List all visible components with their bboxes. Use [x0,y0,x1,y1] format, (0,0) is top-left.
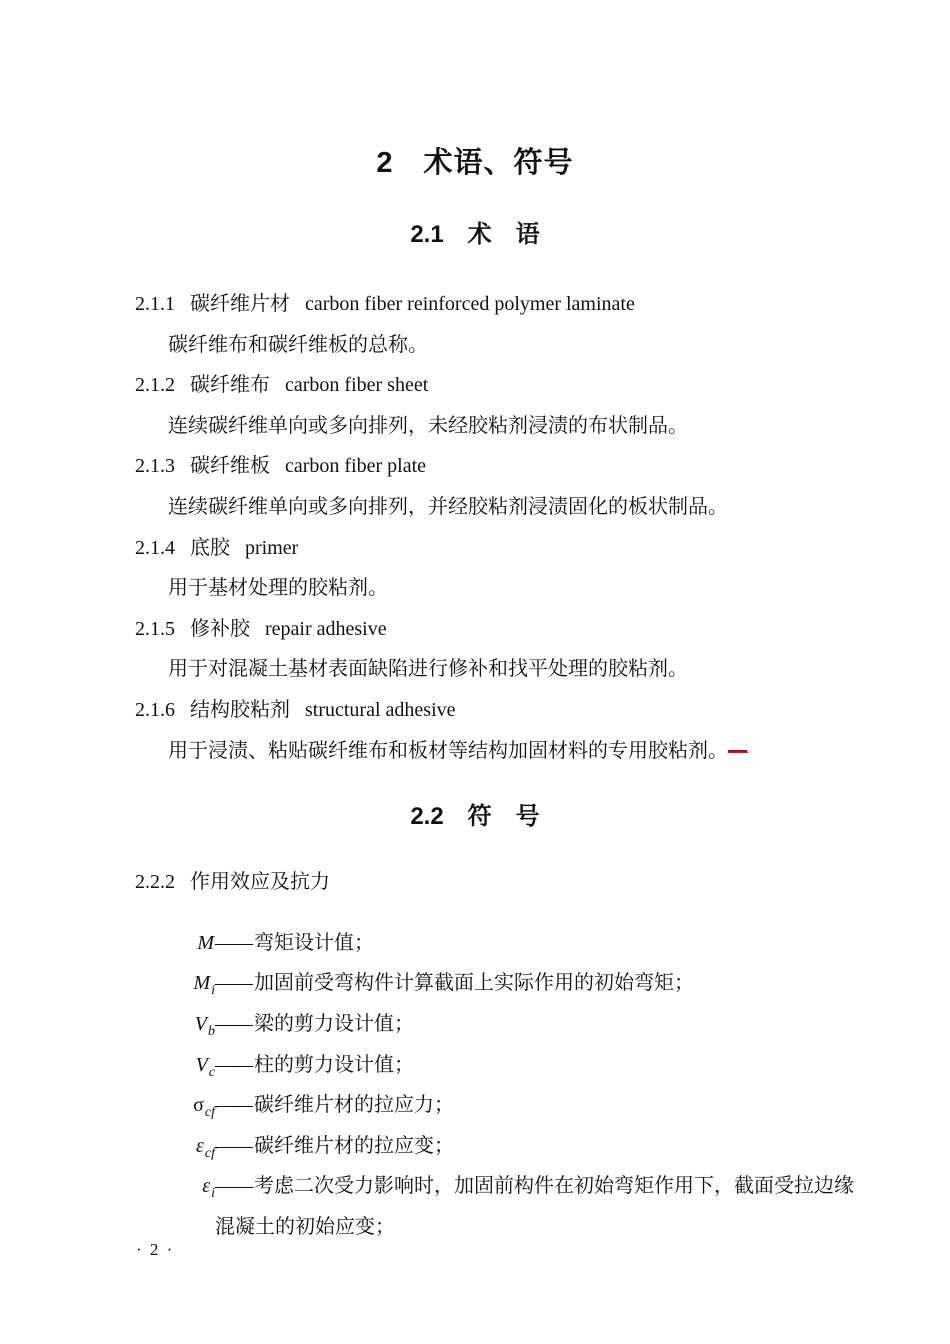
symbol-base: V [195,1013,207,1035]
term-chinese: 底胶 [190,537,230,559]
symbol-dash: —— [215,1013,251,1035]
symbol-definition: 碳纤维片材的拉应变； [254,1135,454,1157]
symbol-definition: 碳纤维片材的拉应力； [254,1094,454,1116]
term-item: 2.1.1碳纤维片材carbon fiber reinforced polyme… [135,284,868,365]
symbol-sub: b [207,1024,215,1039]
term-definition: 连续碳纤维单向或多向排列，未经胶粘剂浸渍的布状制品。 [135,406,868,447]
terms-list: 2.1.1碳纤维片材carbon fiber reinforced polyme… [0,284,950,771]
term-item: 2.1.2碳纤维布carbon fiber sheet 连续碳纤维单向或多向排列… [135,365,868,446]
symbol-dash: —— [215,1135,251,1157]
term-number: 2.1.1 [135,293,175,315]
term-english: carbon fiber sheet [285,374,428,396]
symbol-row: εi——考虑二次受力影响时，加固前构件在初始弯矩作用下，截面受拉边缘混凝土的初始… [135,1166,868,1247]
term-number: 2.1.4 [135,537,175,559]
term-heading: 2.1.3碳纤维板carbon fiber plate [135,446,868,487]
page-number: · 2 · [136,1240,174,1260]
term-english: repair adhesive [265,618,387,640]
term-item: 2.1.5修补胶repair adhesive 用于对混凝土基材表面缺陷进行修补… [135,609,868,690]
term-heading: 2.1.1碳纤维片材carbon fiber reinforced polyme… [135,284,868,325]
symbol: Mi [173,963,215,1004]
symbol-base: ε [196,1135,204,1157]
symbol-dash: —— [215,1094,251,1116]
term-english: structural adhesive [305,699,456,721]
page-title: 2 术语、符号 [0,0,950,182]
term-english: primer [245,537,298,559]
term-number: 2.1.5 [135,618,175,640]
symbol-base: M [193,972,210,994]
term-chinese: 碳纤维片材 [190,293,290,315]
subsection-title: 作用效应及抗力 [190,871,330,893]
symbol: σcf [173,1085,215,1126]
term-definition: 连续碳纤维单向或多向排列，并经胶粘剂浸渍固化的板状制品。 [135,487,868,528]
term-number: 2.1.3 [135,455,175,477]
symbol-row: Vc——柱的剪力设计值； [135,1045,868,1086]
symbol: εcf [173,1126,215,1167]
term-heading: 2.1.4底胶primer [135,528,868,569]
term-heading: 2.1.5修补胶repair adhesive [135,609,868,650]
symbol-base: σ [193,1094,204,1116]
term-heading: 2.1.6结构胶粘剂structural adhesive [135,690,868,731]
symbol-dash: —— [215,1175,251,1197]
term-definition-text: 用于浸渍、粘贴碳纤维布和板材等结构加固材料的专用胶粘剂。 [168,740,728,762]
revision-strike-mark: — [728,740,747,762]
term-number: 2.1.2 [135,374,175,396]
subsection-heading: 2.2.2作用效应及抗力 [0,862,950,903]
term-chinese: 碳纤维板 [190,455,270,477]
term-english: carbon fiber reinforced polymer laminate [305,293,635,315]
term-definition: 用于浸渍、粘贴碳纤维布和板材等结构加固材料的专用胶粘剂。— [135,731,868,772]
symbol-base: ε [202,1175,210,1197]
symbol: M [173,923,215,964]
symbol-definition: 加固前受弯构件计算截面上实际作用的初始弯矩； [254,972,694,994]
symbol: εi [173,1166,215,1207]
symbol-sub: c [208,1065,215,1080]
section-heading-symbols: 2.2 符 号 [0,801,950,833]
symbols-list: M——弯矩设计值； Mi——加固前受弯构件计算截面上实际作用的初始弯矩； Vb—… [0,923,950,1248]
section-heading-terms: 2.1 术 语 [0,219,950,251]
symbol-row: M——弯矩设计值； [135,923,868,964]
symbol-row: Mi——加固前受弯构件计算截面上实际作用的初始弯矩； [135,963,868,1004]
symbol-definition: 柱的剪力设计值； [254,1054,414,1076]
symbol-dash: —— [215,972,251,994]
symbol-dash: —— [215,932,251,954]
document-page: 2 术语、符号 2.1 术 语 2.1.1碳纤维片材carbon fiber r… [0,0,950,1344]
term-item: 2.1.3碳纤维板carbon fiber plate 连续碳纤维单向或多向排列… [135,446,868,527]
symbol-row: Vb——梁的剪力设计值； [135,1004,868,1045]
symbol-base: V [196,1054,208,1076]
term-chinese: 碳纤维布 [190,374,270,396]
symbol-sub: cf [204,1146,215,1161]
term-definition: 用于基材处理的胶粘剂。 [135,568,868,609]
term-item: 2.1.6结构胶粘剂structural adhesive 用于浸渍、粘贴碳纤维… [135,690,868,771]
term-number: 2.1.6 [135,699,175,721]
term-definition: 碳纤维布和碳纤维板的总称。 [135,325,868,366]
symbol-dash: —— [215,1054,251,1076]
term-chinese: 修补胶 [190,618,250,640]
term-heading: 2.1.2碳纤维布carbon fiber sheet [135,365,868,406]
symbol: Vc [173,1045,215,1086]
symbol-definition: 弯矩设计值； [254,932,374,954]
subsection-number: 2.2.2 [135,871,175,893]
symbol-definition: 考虑二次受力影响时，加固前构件在初始弯矩作用下，截面受拉边缘混凝土的初始应变； [215,1175,854,1238]
term-definition: 用于对混凝土基材表面缺陷进行修补和找平处理的胶粘剂。 [135,649,868,690]
symbol-row: εcf——碳纤维片材的拉应变； [135,1126,868,1167]
symbol-definition: 梁的剪力设计值； [254,1013,414,1035]
term-english: carbon fiber plate [285,455,426,477]
symbol-row: σcf——碳纤维片材的拉应力； [135,1085,868,1126]
symbol-base: M [197,932,214,954]
term-chinese: 结构胶粘剂 [190,699,290,721]
term-item: 2.1.4底胶primer 用于基材处理的胶粘剂。 [135,528,868,609]
symbol: Vb [173,1004,215,1045]
symbol-sub: cf [204,1105,215,1120]
